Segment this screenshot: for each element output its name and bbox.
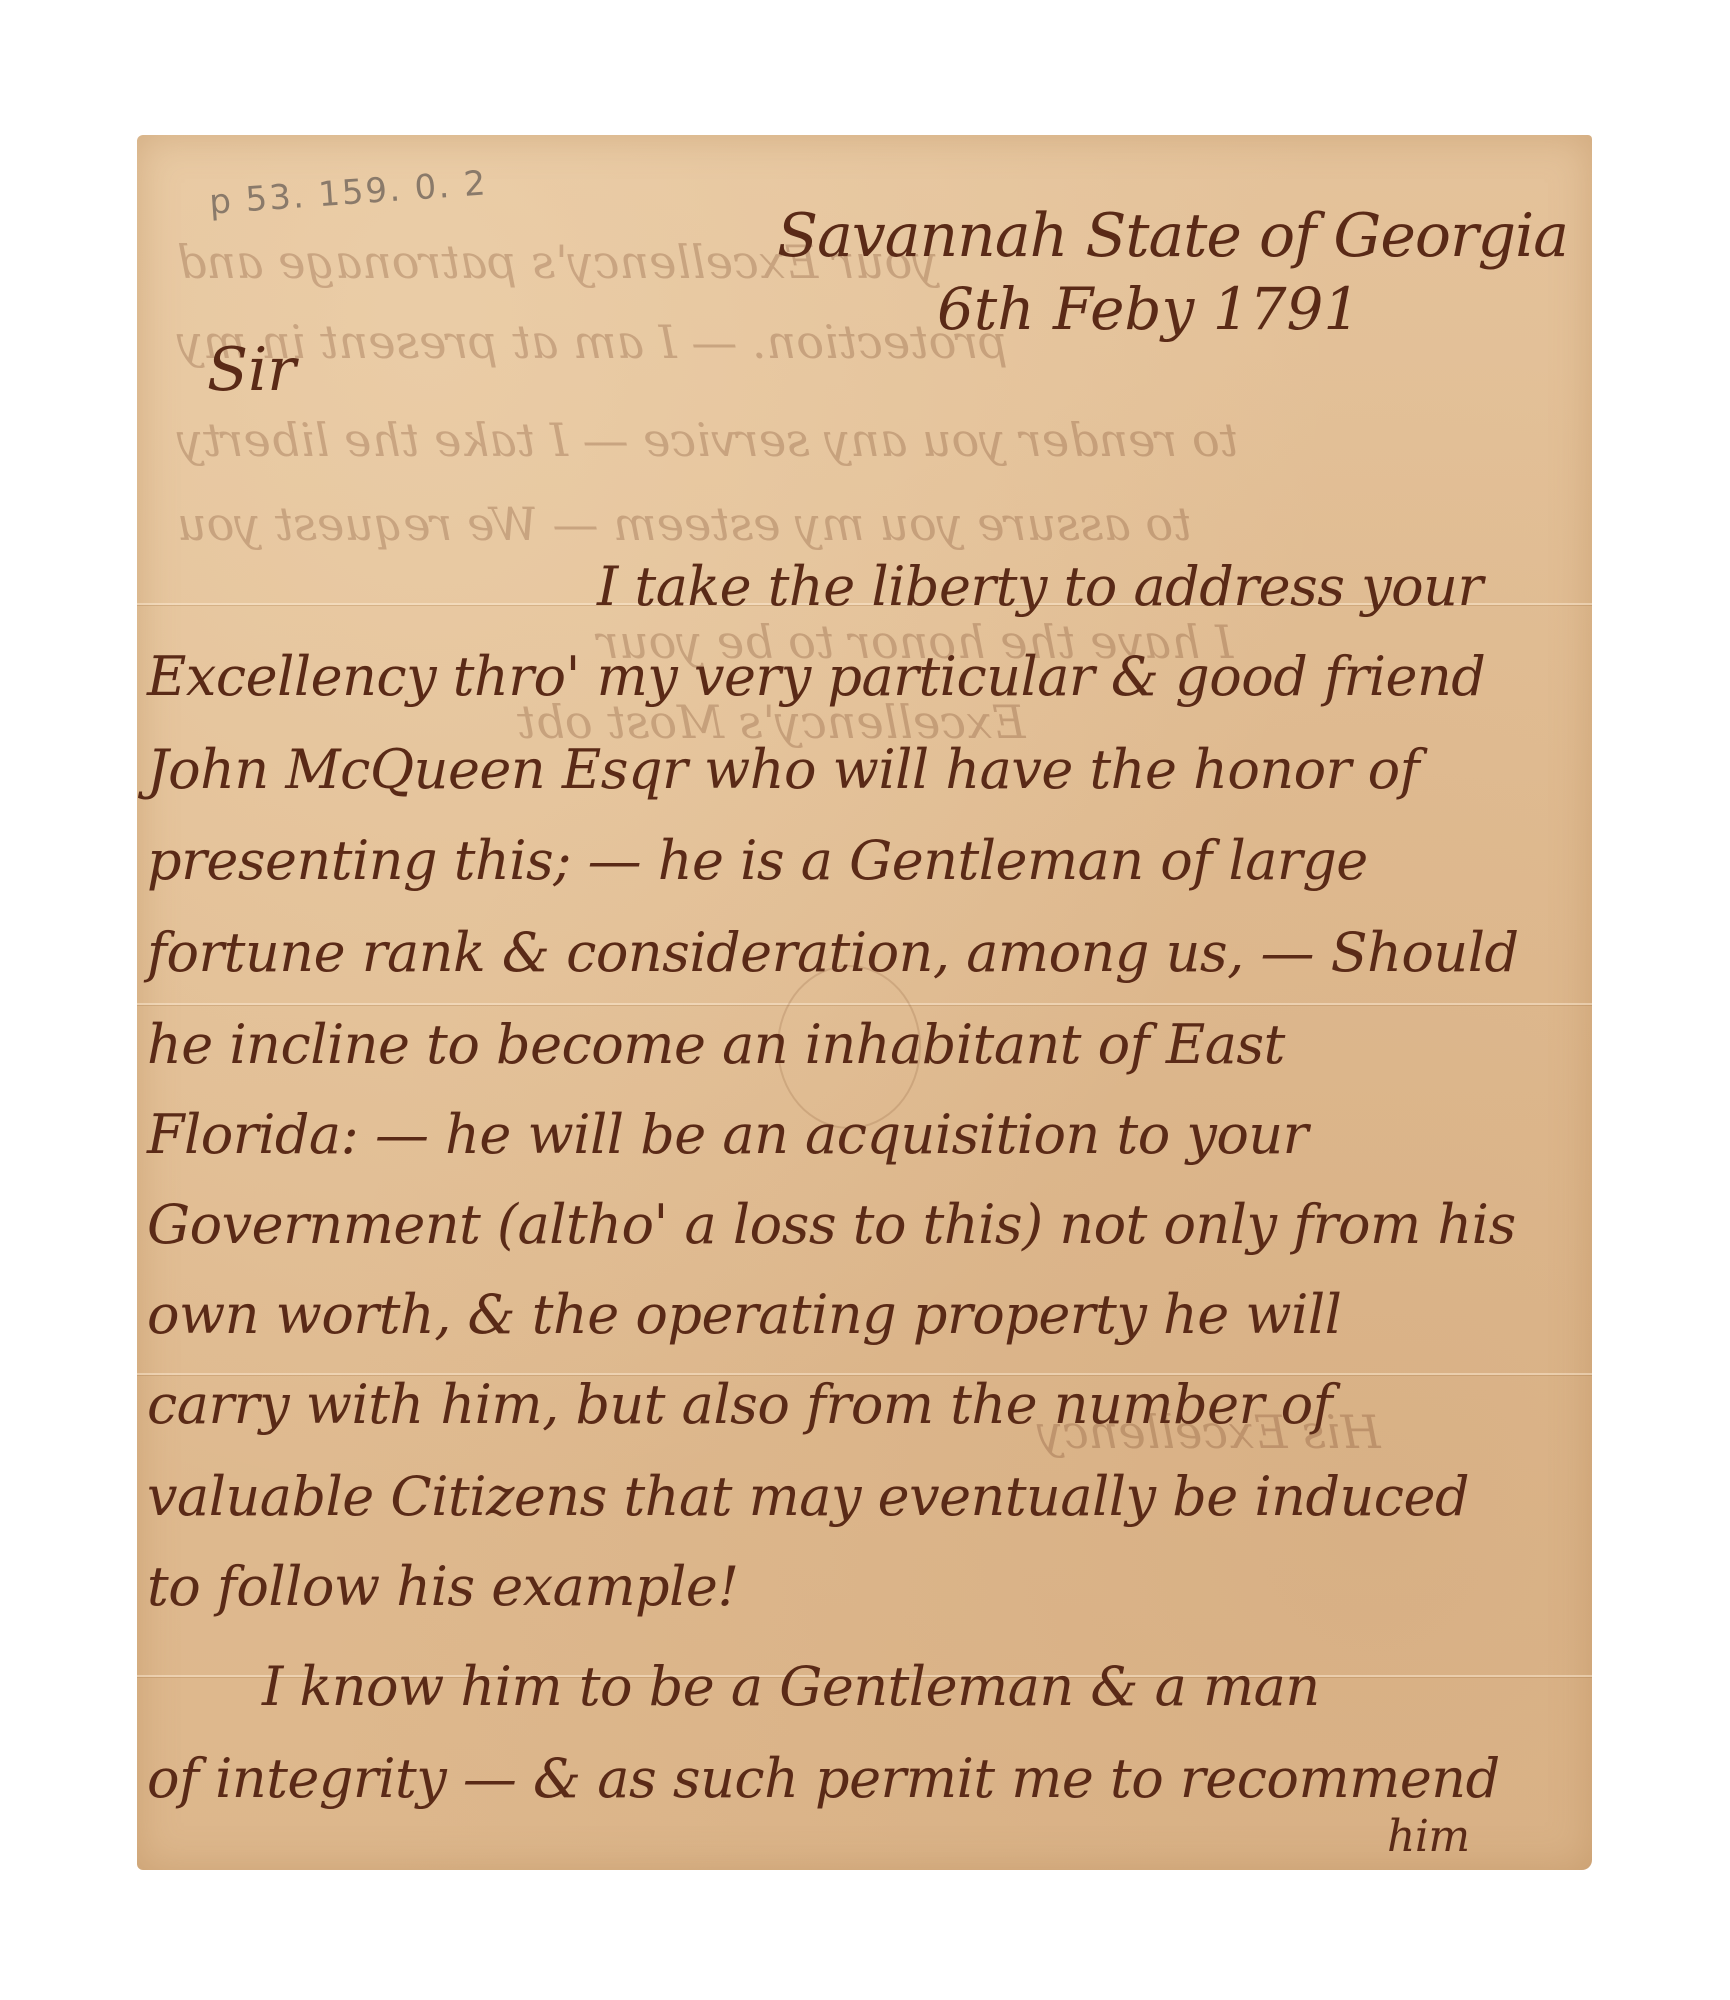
letter-date: 6th Feby 1791 (937, 275, 1360, 343)
bleed-through-text: protection. — I am at present in my (177, 315, 1008, 369)
body-line: him (1387, 1811, 1470, 1862)
letter-paper: your Excellency's patronage and protecti… (137, 135, 1592, 1870)
body-line: to follow his example! (147, 1555, 739, 1618)
letter-place: Savannah State of Georgia (777, 201, 1568, 271)
body-line: he incline to become an inhabitant of Ea… (147, 1013, 1285, 1076)
bleed-through-text: to assure you my esteem — We request you (177, 497, 1192, 551)
body-line: carry with him, but also from the number… (147, 1373, 1332, 1436)
body-line: of integrity — & as such permit me to re… (147, 1747, 1500, 1810)
body-line: presenting this; — he is a Gentleman of … (147, 829, 1368, 892)
body-line: Excellency thro' my very particular & go… (147, 645, 1485, 708)
body-line: I know him to be a Gentleman & a man (262, 1655, 1320, 1718)
archive-mark: p 53. 159. 0. 2 (208, 163, 489, 222)
body-line: Government (altho' a loss to this) not o… (147, 1193, 1516, 1256)
body-line: I take the liberty to address your (597, 555, 1483, 618)
body-line: valuable Citizens that may eventually be… (147, 1465, 1469, 1528)
body-line: John McQueen Esqr who will have the hono… (147, 738, 1419, 801)
bleed-through-text: to render you any service — I take the l… (177, 413, 1238, 467)
body-line: own worth, & the operating property he w… (147, 1283, 1341, 1346)
body-line: Florida: — he will be an acquisition to … (147, 1103, 1308, 1166)
letter-salutation: Sir (207, 335, 296, 405)
body-line: fortune rank & consideration, among us, … (147, 921, 1519, 984)
